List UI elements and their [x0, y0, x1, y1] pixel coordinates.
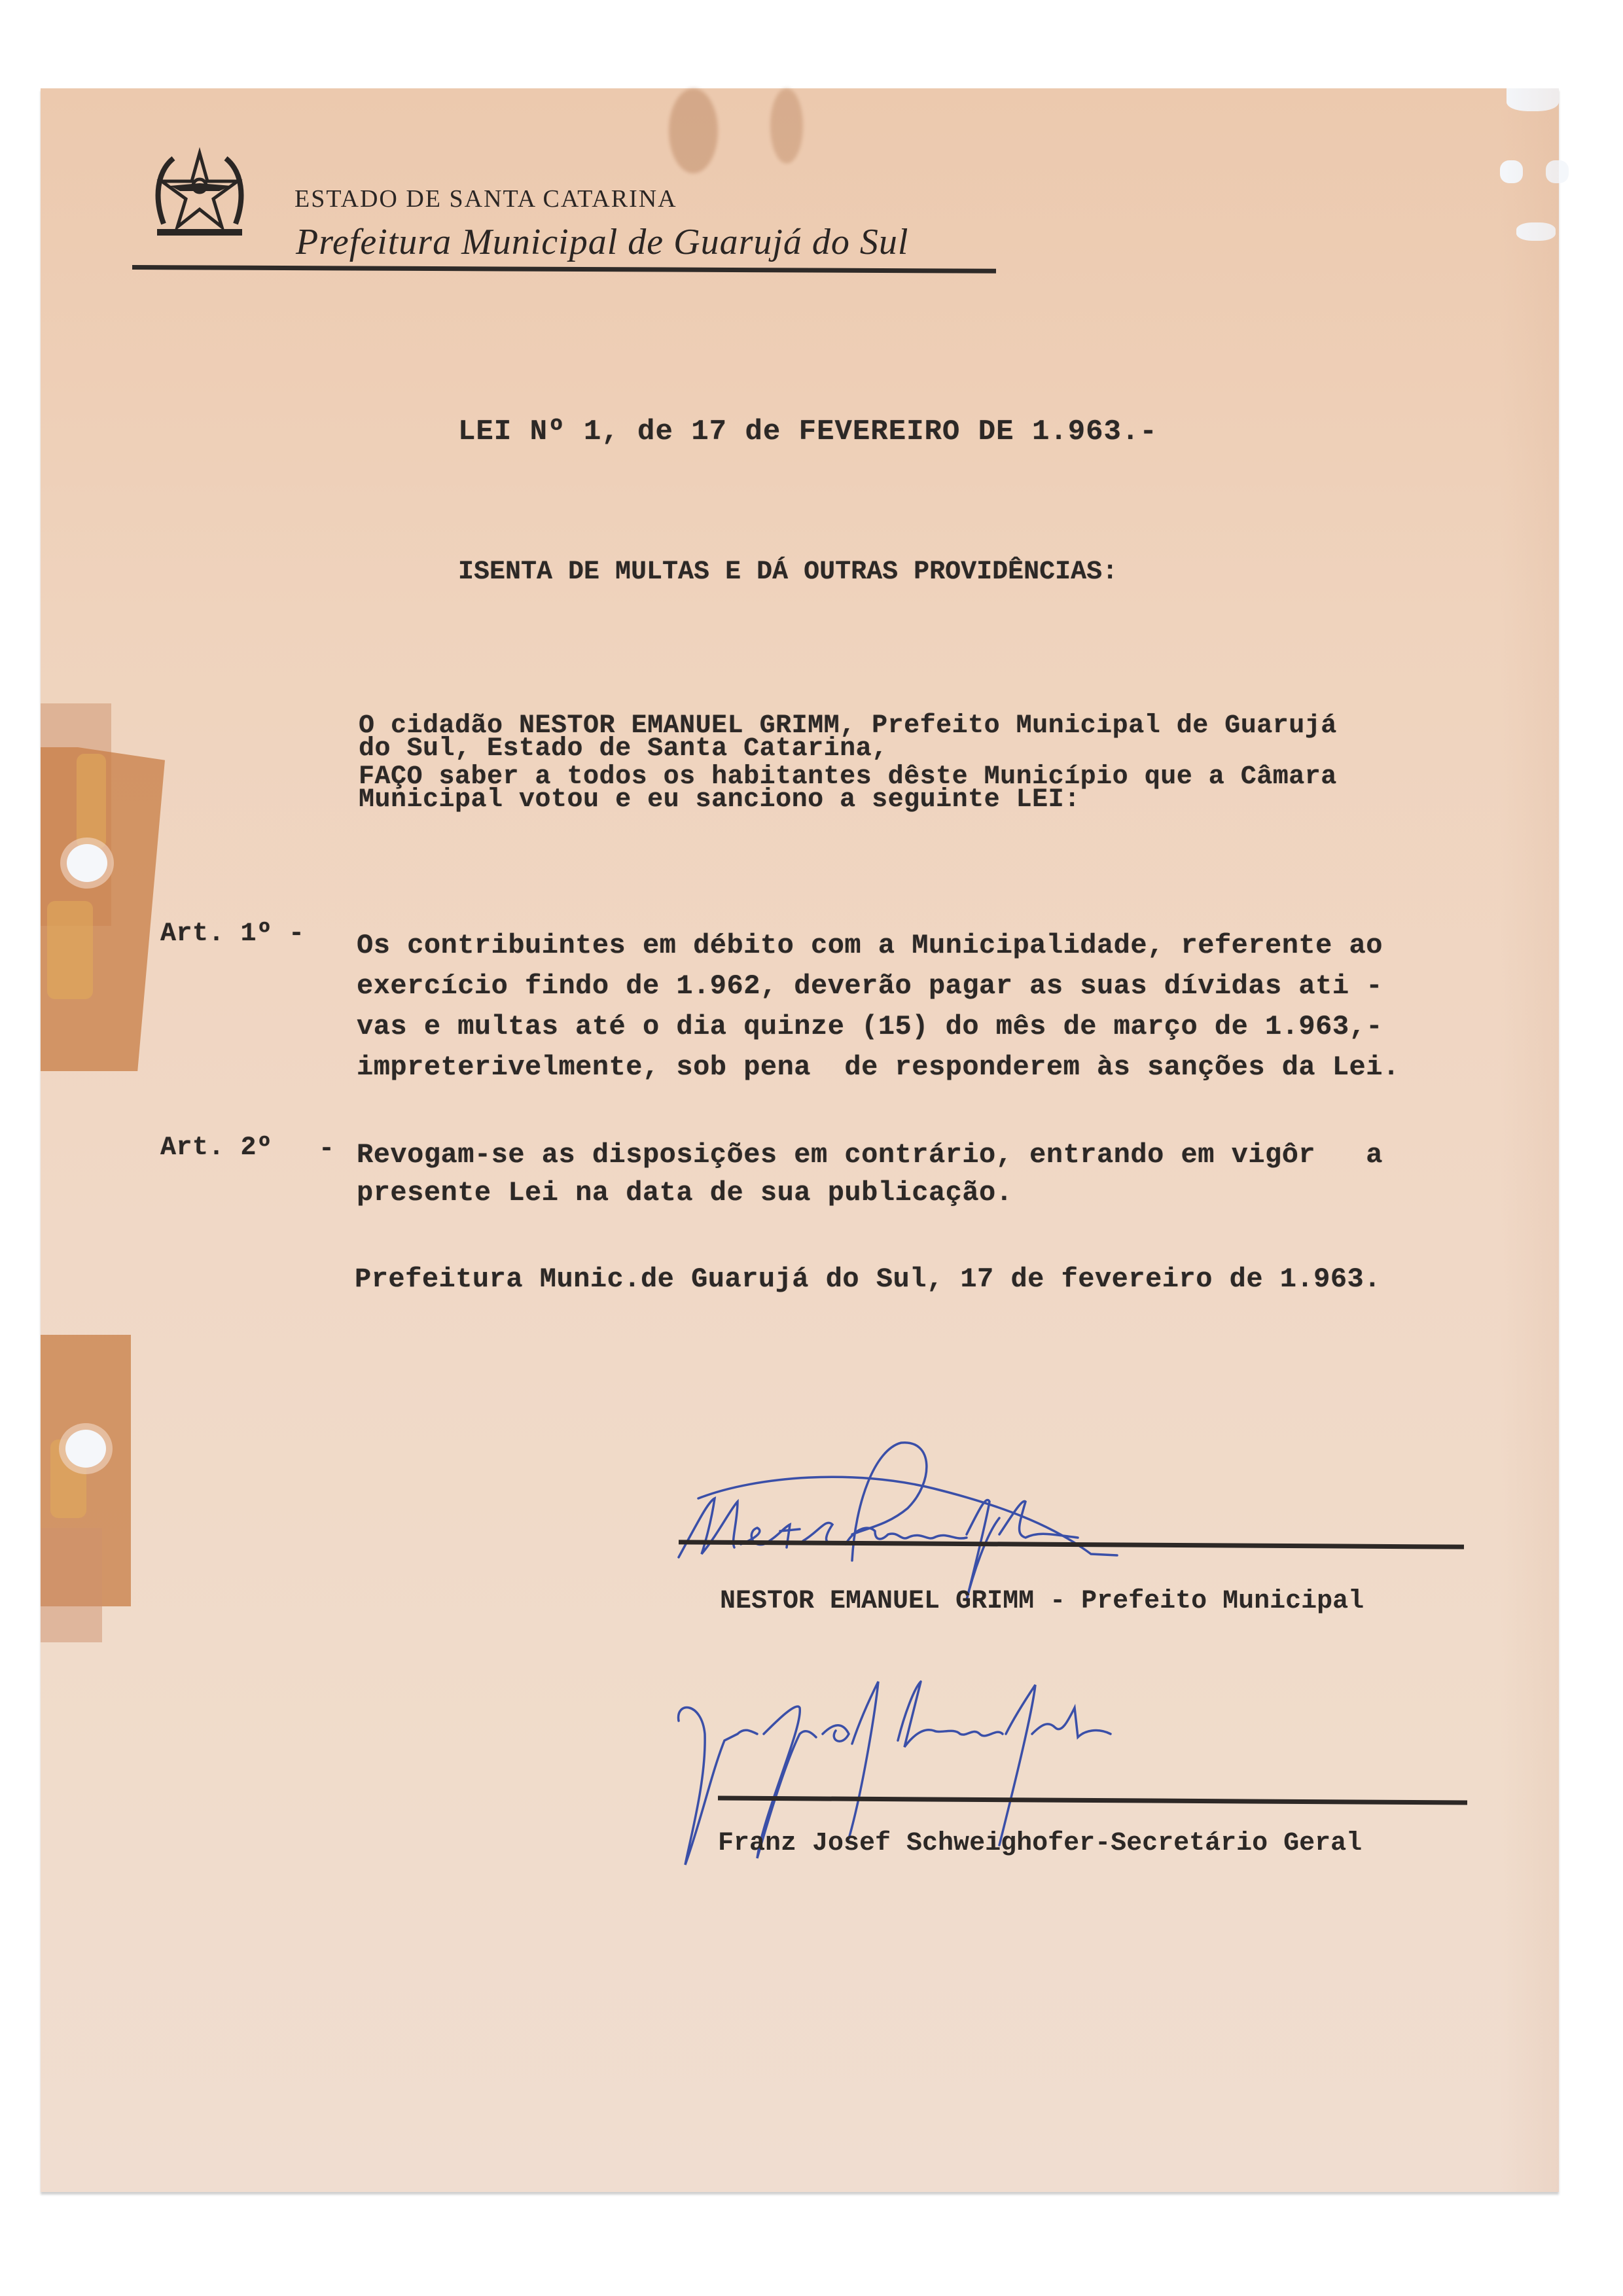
punch-hole — [65, 1430, 106, 1468]
law-title: LEI Nº 1, de 17 de FEVEREIRO DE 1.963.- — [458, 419, 1158, 445]
article-label: Art. 2º — [160, 1135, 273, 1161]
document-page: ESTADO DE SANTA CATARINA Prefeitura Muni… — [41, 88, 1559, 2192]
article-line: exercício findo de 1.962, deverão pagar … — [357, 973, 1383, 999]
article-line: vas e multas até o dia quinze (15) do mê… — [357, 1014, 1383, 1040]
paper-tear — [1507, 88, 1559, 111]
preamble-line: do Sul, Estado de Santa Catarina, — [359, 736, 888, 762]
law-summary: ISENTA DE MULTAS E DÁ OUTRAS PROVIDÊNCIA… — [458, 559, 1118, 586]
article-label: Art. 1º - — [160, 921, 305, 947]
article-line: Revogam-se as disposições em contrário, … — [357, 1142, 1383, 1168]
stain — [669, 88, 718, 173]
paper-tear — [1546, 160, 1569, 183]
article-line: impreterivelmente, sob pena de responder… — [357, 1054, 1400, 1080]
preamble-line: Municipal votou e eu sanciono a seguinte… — [359, 787, 1080, 813]
tape — [41, 747, 165, 1071]
article-dash: - — [319, 1137, 335, 1163]
punch-hole — [67, 844, 107, 882]
paper-tear — [1500, 160, 1523, 183]
place-date: Prefeitura Munic.de Guarujá do Sul, 17 d… — [355, 1266, 1381, 1292]
mayor-name-title: NESTOR EMANUEL GRIMM - Prefeito Municipa… — [720, 1587, 1364, 1616]
secretary-name-title: Franz Josef Schweighofer-Secretário Gera… — [718, 1829, 1362, 1858]
state-name: ESTADO DE SANTA CATARINA — [294, 185, 677, 213]
municipality-name: Prefeitura Municipal de Guarujá do Sul — [296, 221, 909, 263]
stain — [770, 88, 803, 164]
header-rule — [132, 265, 996, 274]
tape — [41, 1528, 102, 1642]
paper-tear — [1516, 222, 1556, 241]
article-line: presente Lei na data de sua publicação. — [357, 1180, 1012, 1206]
coat-of-arms-icon — [147, 145, 252, 243]
article-line: Os contribuintes em débito com a Municip… — [357, 932, 1383, 959]
